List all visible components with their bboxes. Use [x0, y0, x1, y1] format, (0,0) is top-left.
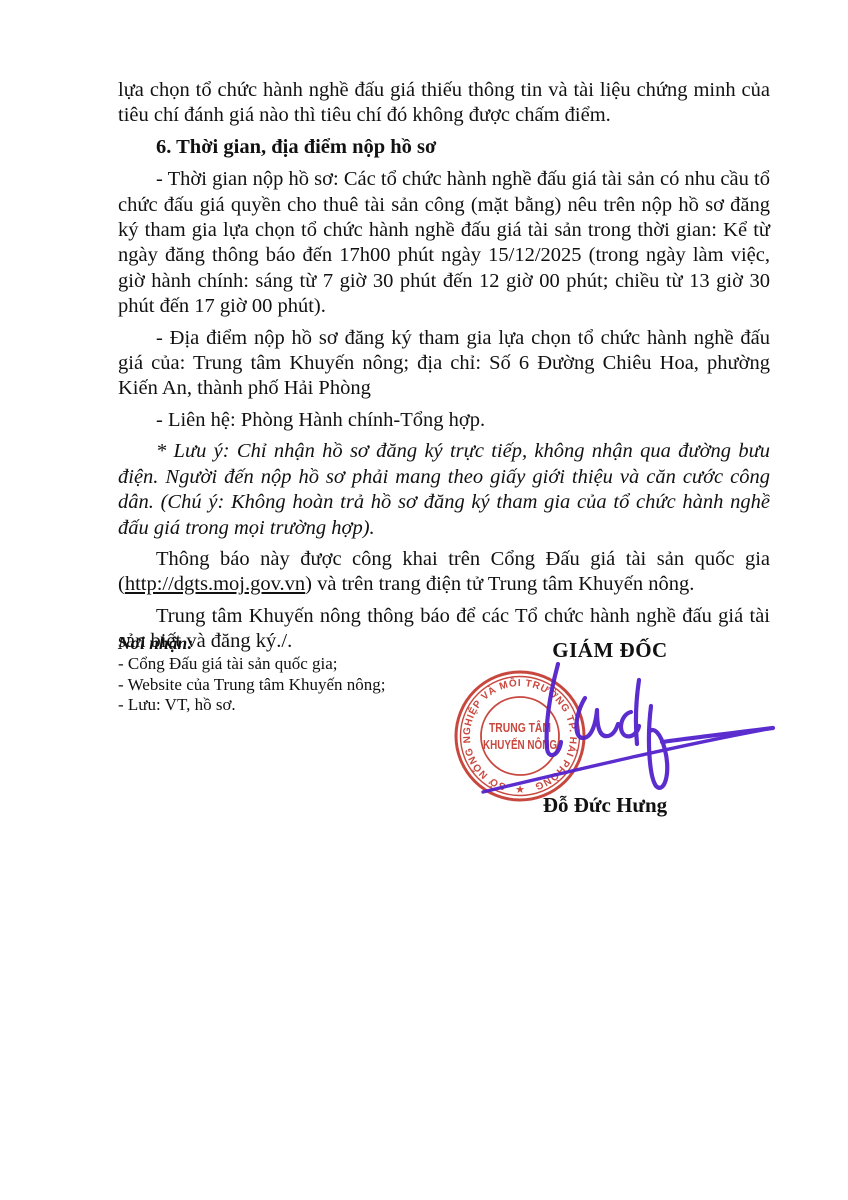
signature-handwriting [455, 650, 795, 810]
signature-stroke-main [547, 664, 561, 755]
recipient-item: - Lưu: VT, hồ sơ. [118, 695, 448, 716]
signature-stroke-loops [576, 698, 618, 738]
signer-name: Đỗ Đức Hưng [490, 793, 720, 818]
document-page: { "document": { "body": { "para_continua… [0, 0, 848, 1200]
recipients-label: Nơi nhận: [118, 632, 448, 654]
recipient-item: - Cổng Đấu giá tài sản quốc gia; [118, 654, 448, 675]
paragraph-submission-time: - Thời gian nộp hồ sơ: Các tổ chức hành … [118, 167, 770, 319]
paragraph-continuation: lựa chọn tổ chức hành nghề đấu giá thiếu… [118, 78, 770, 129]
signature-block: GIÁM ĐỐC SỞ NÔNG NGHIỆP VÀ MÔI TRƯỜNG TP… [440, 638, 800, 838]
recipients-block: Nơi nhận: - Cổng Đấu giá tài sản quốc gi… [118, 632, 448, 716]
recipient-item: - Website của Trung tâm Khuyến nông; [118, 675, 448, 696]
section-heading-6: 6. Thời gian, địa điểm nộp hồ sơ [118, 135, 770, 160]
paragraph-contact: - Liên hệ: Phòng Hành chính-Tổng hợp. [118, 408, 770, 433]
paragraph-publication: Thông báo này được công khai trên Cổng Đ… [118, 547, 770, 598]
paragraph-submission-location: - Địa điểm nộp hồ sơ đăng ký tham gia lự… [118, 326, 770, 402]
paragraph-note: * Lưu ý: Chỉ nhận hồ sơ đăng ký trực tiế… [118, 439, 770, 541]
signature-stroke-descender [649, 706, 667, 788]
document-body: lựa chọn tổ chức hành nghề đấu giá thiếu… [118, 78, 770, 661]
signature-stroke-ascender [636, 680, 639, 744]
publication-text-suffix: ) và trên trang điện tử Trung tâm Khuyến… [305, 573, 694, 595]
auction-portal-link[interactable]: http://dgts.moj.gov.vn [125, 573, 305, 595]
